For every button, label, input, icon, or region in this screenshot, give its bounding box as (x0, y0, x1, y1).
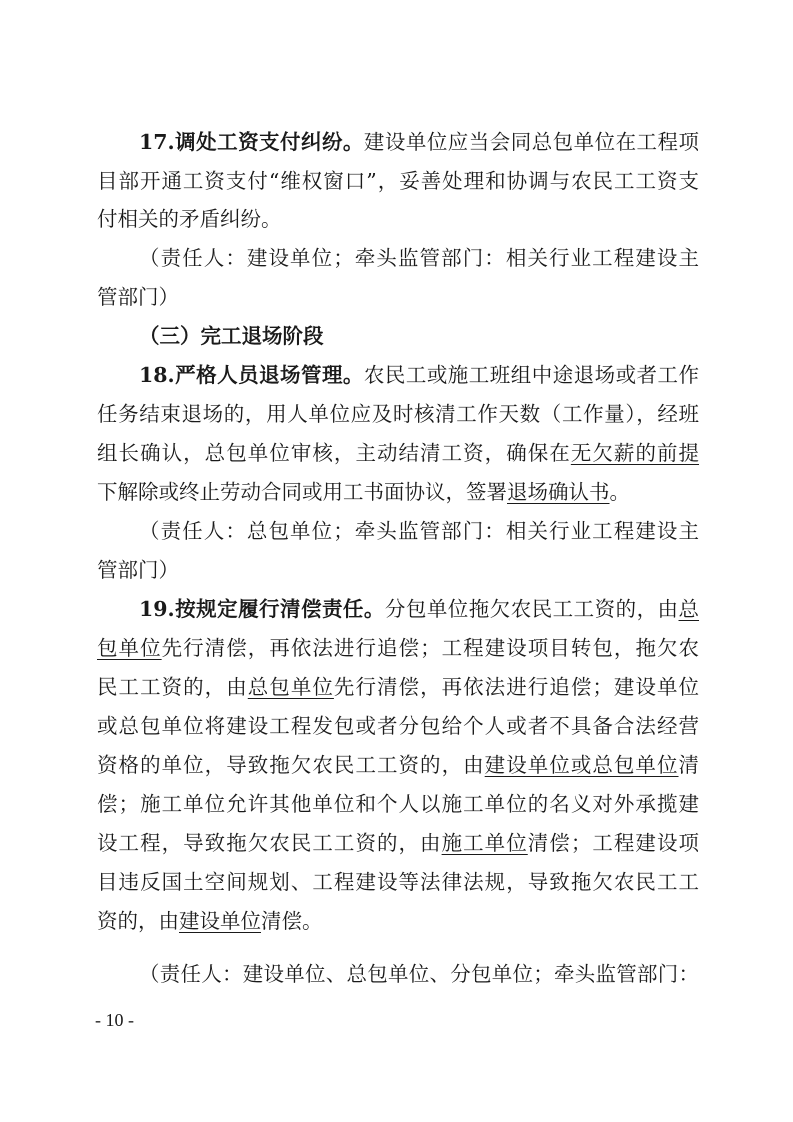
item18-line-2: 任务结束退场的，用人单位应及时核清工作天数（工作量），经班 (97, 399, 699, 429)
responsibility-text: 管部门） (97, 285, 179, 309)
item19-text: 先行清偿，再依法进行追偿；工程建设项目转包，拖欠农 (162, 636, 699, 660)
item19-line-1: 19.按规定履行清偿责任。分包单位拖欠农民工工资的，由总 (139, 594, 699, 624)
underlined-phrase: 建设单位 (179, 909, 261, 933)
item17-text: 付相关的矛盾纠纷。 (97, 207, 282, 231)
item18-text: 。 (610, 480, 631, 504)
underlined-phrase: 退场确认书 (507, 480, 610, 504)
item19-line-2: 包单位先行清偿，再依法进行追偿；工程建设项目转包，拖欠农 (97, 633, 699, 663)
item18-text: 农民工或施工班组中途退场或者工作 (364, 363, 699, 387)
item17-line-3: 付相关的矛盾纠纷。 (97, 204, 699, 234)
underlined-phrase: 建设单位或总包单位 (485, 753, 679, 777)
item19-line-4: 或总包单位将建设工程发包或者分包给个人或者不具备合法经营 (97, 711, 699, 741)
underlined-phrase: 包单位 (97, 636, 162, 660)
item18-responsibility-1: （责任人：总包单位；牵头监管部门：相关行业工程建设主 (139, 516, 699, 546)
item19-text: 先行清偿，再依法进行追偿；建设单位 (334, 675, 699, 699)
item17-title: 调处工资支付纠纷。 (175, 130, 364, 154)
item19-line-6: 偿；施工单位允许其他单位和个人以施工单位的名义对外承揽建 (97, 789, 699, 819)
item19-line-8: 目违反国土空间规划、工程建设等法律法规，导致拖欠农民工工 (97, 867, 699, 897)
item17-responsibility-2: 管部门） (97, 282, 699, 312)
item18-text: 任务结束退场的，用人单位应及时核清工作天数（工作量），经班 (97, 402, 699, 426)
item17-number: 17. (139, 130, 175, 154)
responsibility-text: （责任人：总包单位；牵头监管部门：相关行业工程建设主 (139, 519, 699, 543)
underlined-phrase: 无欠薪的前提 (571, 441, 699, 465)
item19-text: 分包单位拖欠农民工工资的，由 (385, 597, 679, 621)
item18-number: 18. (139, 363, 175, 387)
item19-line-3: 民工工资的，由总包单位先行清偿，再依法进行追偿；建设单位 (97, 672, 699, 702)
item19-title: 按规定履行清偿责任。 (175, 597, 385, 621)
item18-text: 组长确认，总包单位审核，主动结清工资，确保在 (97, 441, 571, 465)
document-page: 17.调处工资支付纠纷。建设单位应当会同总包单位在工程项 目部开通工资支付“维权… (0, 0, 793, 1122)
responsibility-text: （责任人：建设单位、总包单位、分包单位；牵头监管部门： (139, 962, 699, 986)
underlined-phrase: 总 (679, 597, 700, 621)
item17-line-2: 目部开通工资支付“维权窗口”，妥善处理和协调与农民工工资支 (97, 166, 699, 196)
item17-line-1: 17.调处工资支付纠纷。建设单位应当会同总包单位在工程项 (139, 127, 699, 157)
item19-text: 或总包单位将建设工程发包或者分包给个人或者不具备合法经营 (97, 714, 699, 738)
item18-text: 下解除或终止劳动合同或用工书面协议，签署 (97, 480, 507, 504)
item19-text: 偿；施工单位允许其他单位和个人以施工单位的名义对外承揽建 (97, 792, 699, 816)
item18-title: 严格人员退场管理。 (175, 363, 364, 387)
item19-responsibility-1: （责任人：建设单位、总包单位、分包单位；牵头监管部门： (139, 959, 699, 989)
item19-text: 资的，由 (97, 909, 179, 933)
item18-line-4: 下解除或终止劳动合同或用工书面协议，签署退场确认书。 (97, 477, 699, 507)
item19-text: 清偿。 (261, 909, 323, 933)
item17-text: 目部开通工资支付“维权窗口”，妥善处理和协调与农民工工资支 (97, 169, 699, 193)
section-heading-text: （三）完工退场阶段 (139, 324, 324, 348)
item19-line-9: 资的，由建设单位清偿。 (97, 906, 699, 936)
responsibility-text: 管部门） (97, 558, 179, 582)
page-number: - 10 - (95, 1008, 134, 1032)
item19-line-7: 设工程，导致拖欠农民工工资的，由施工单位清偿；工程建设项 (97, 828, 699, 858)
item19-text: 清偿；工程建设项 (528, 831, 699, 855)
item19-text: 目违反国土空间规划、工程建设等法律法规，导致拖欠农民工工 (97, 870, 699, 894)
underlined-phrase: 总包单位 (248, 675, 334, 699)
item19-line-5: 资格的单位，导致拖欠农民工工资的，由建设单位或总包单位清 (97, 750, 699, 780)
section-heading: （三）完工退场阶段 (139, 321, 699, 351)
item17-text: 建设单位应当会同总包单位在工程项 (364, 130, 699, 154)
item19-text: 民工工资的，由 (97, 675, 248, 699)
underlined-phrase: 施工单位 (442, 831, 528, 855)
item19-text: 清 (679, 753, 700, 777)
item18-line-3: 组长确认，总包单位审核，主动结清工资，确保在无欠薪的前提 (97, 438, 699, 468)
item19-text: 设工程，导致拖欠农民工工资的，由 (97, 831, 442, 855)
responsibility-text: （责任人：建设单位；牵头监管部门：相关行业工程建设主 (139, 246, 699, 270)
item17-responsibility-1: （责任人：建设单位；牵头监管部门：相关行业工程建设主 (139, 243, 699, 273)
item19-number: 19. (139, 597, 175, 621)
item19-text: 资格的单位，导致拖欠农民工工资的，由 (97, 753, 485, 777)
item18-line-1: 18.严格人员退场管理。农民工或施工班组中途退场或者工作 (139, 360, 699, 390)
item18-responsibility-2: 管部门） (97, 555, 699, 585)
